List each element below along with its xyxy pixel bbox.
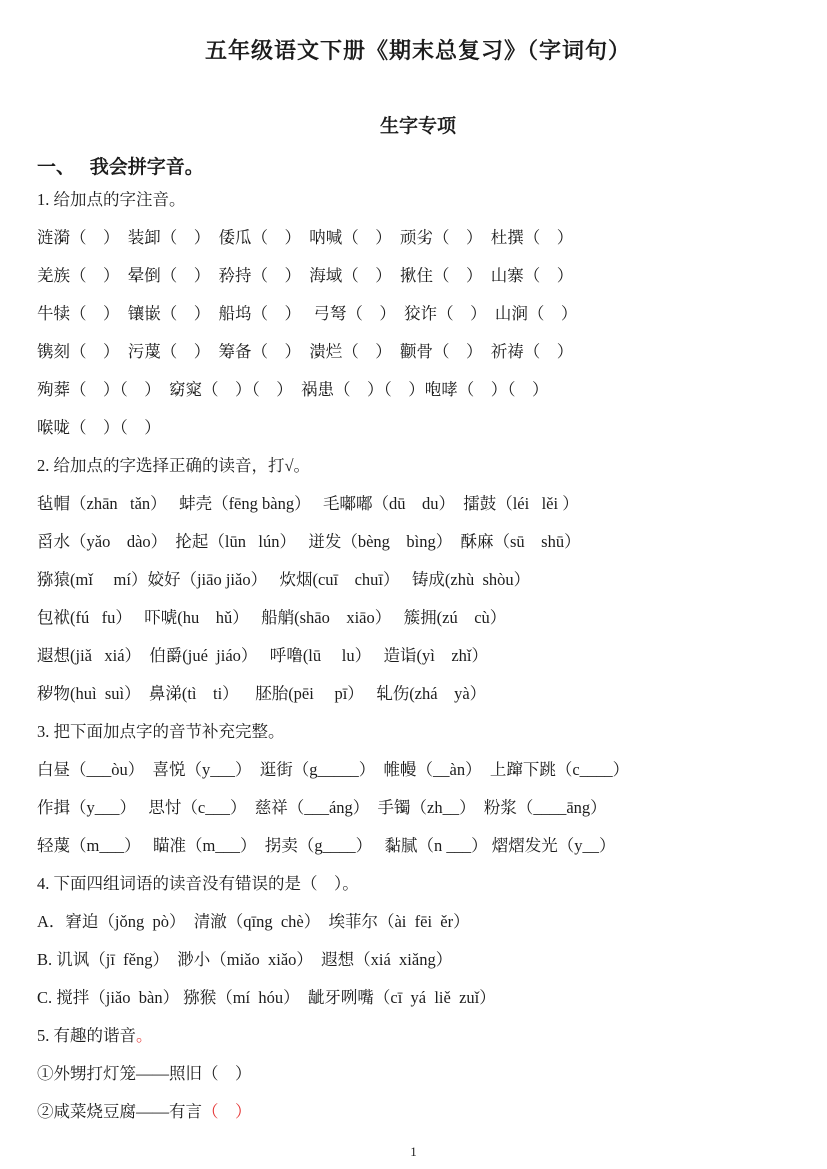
- question-2-heading: 2. 给加点的字选择正确的读音，打√。: [37, 447, 799, 485]
- question-4-option-c: C. 搅拌（jiǎo bàn） 猕猴（mí hóu） 龇牙咧嘴（cī yá li…: [37, 979, 799, 1017]
- question-5-line-2: ②咸菜烧豆腐——有言（ ）: [37, 1093, 799, 1131]
- question-1-line-6: 喉咙（ ）（ ）: [37, 409, 799, 447]
- section-one-heading: 一、 我会拼字音。: [37, 152, 799, 179]
- question-1-line-3: 牛犊（ ） 镶嵌（ ） 船坞（ ） 弓弩（ ） 狡诈（ ） 山涧（ ）: [37, 295, 799, 333]
- doc-title: 五年级语文下册《期末总复习》（字词句）: [37, 34, 799, 65]
- worksheet-page: 五年级语文下册《期末总复习》（字词句） 生字专项 一、 我会拼字音。 1. 给加…: [0, 0, 827, 1169]
- question-5: 5. 有趣的谐音。 ①外甥打灯笼——照旧（ ） ②咸菜烧豆腐——有言（ ）: [37, 1017, 799, 1131]
- question-1-line-4: 镌刻（ ） 污蔑（ ） 筹备（ ） 溃烂（ ） 颧骨（ ） 祈祷（ ）: [37, 333, 799, 371]
- doc-subtitle: 生字专项: [37, 111, 799, 138]
- question-2-line-6: 秽物(huì suì） 鼻涕(tì ti） 胚胎(pēi pī） 轧伤(zhá …: [37, 675, 799, 713]
- question-5-heading: 5. 有趣的谐音。: [37, 1017, 799, 1055]
- question-1-heading: 1. 给加点的字注音。: [37, 181, 799, 219]
- question-4-option-a: A．窘迫（jǒng pò） 清澈（qīng chè） 埃菲尔（ài fēi ěr…: [37, 903, 799, 941]
- question-3-line-1: 白昼（___òu） 喜悦（y___） 逛街（g_____） 帷幔（__àn） 上…: [37, 751, 799, 789]
- question-2-line-5: 遐想(jiǎ xiá） 伯爵(jué jiáo） 呼噜(lū lu） 造诣(yì…: [37, 637, 799, 675]
- question-2-line-1: 毡帽（zhān tǎn） 蚌壳（fēng bàng） 毛嘟嘟（dū du） 擂鼓…: [37, 485, 799, 523]
- question-2-line-3: 猕猿(mǐ mí）姣好（jiāo jiǎo） 炊烟(cuī chuī） 铸成(z…: [37, 561, 799, 599]
- question-3-line-2: 作揖（y___） 思忖（c___） 慈祥（___áng） 手镯（zh__） 粉浆…: [37, 789, 799, 827]
- question-3-heading: 3. 把下面加点字的音节补充完整。: [37, 713, 799, 751]
- question-1-line-2: 羌族（ ） 晕倒（ ） 矜持（ ） 海域（ ） 揪住（ ） 山寨（ ）: [37, 257, 799, 295]
- question-4-option-b: B. 讥讽（jī fěng） 渺小（miǎo xiǎo） 遐想（xiá xiǎn…: [37, 941, 799, 979]
- question-1-line-5: 殉葬（ ）（ ） 窈窕（ ）（ ） 祸患（ ）（ ）咆哮（ ）（ ）: [37, 371, 799, 409]
- question-2-line-2: 舀水（yǎo dào） 抡起（lūn lún） 迸发（bèng bìng） 酥麻…: [37, 523, 799, 561]
- question-2-line-4: 包袱(fú fu） 吓唬(hu hǔ） 船艄(shāo xiāo） 簇拥(zú …: [37, 599, 799, 637]
- question-1: 1. 给加点的字注音。 涟漪（ ） 装卸（ ） 倭瓜（ ） 呐喊（ ） 顽劣（ …: [37, 181, 799, 447]
- question-3: 3. 把下面加点字的音节补充完整。 白昼（___òu） 喜悦（y___） 逛街（…: [37, 713, 799, 865]
- question-2: 2. 给加点的字选择正确的读音，打√。 毡帽（zhān tǎn） 蚌壳（fēng…: [37, 447, 799, 713]
- page-number: 1: [0, 1144, 827, 1160]
- question-3-line-3: 轻蔑（m___） 瞄准（m___） 拐卖（g____） 黏腻（n ___） 熠熠…: [37, 827, 799, 865]
- question-1-line-1: 涟漪（ ） 装卸（ ） 倭瓜（ ） 呐喊（ ） 顽劣（ ） 杜撰（ ）: [37, 219, 799, 257]
- question-5-line-1: ①外甥打灯笼——照旧（ ）: [37, 1055, 799, 1093]
- question-4: 4. 下面四组词语的读音没有错误的是（ ）。 A．窘迫（jǒng pò） 清澈（…: [37, 865, 799, 1017]
- question-4-heading: 4. 下面四组词语的读音没有错误的是（ ）。: [37, 865, 799, 903]
